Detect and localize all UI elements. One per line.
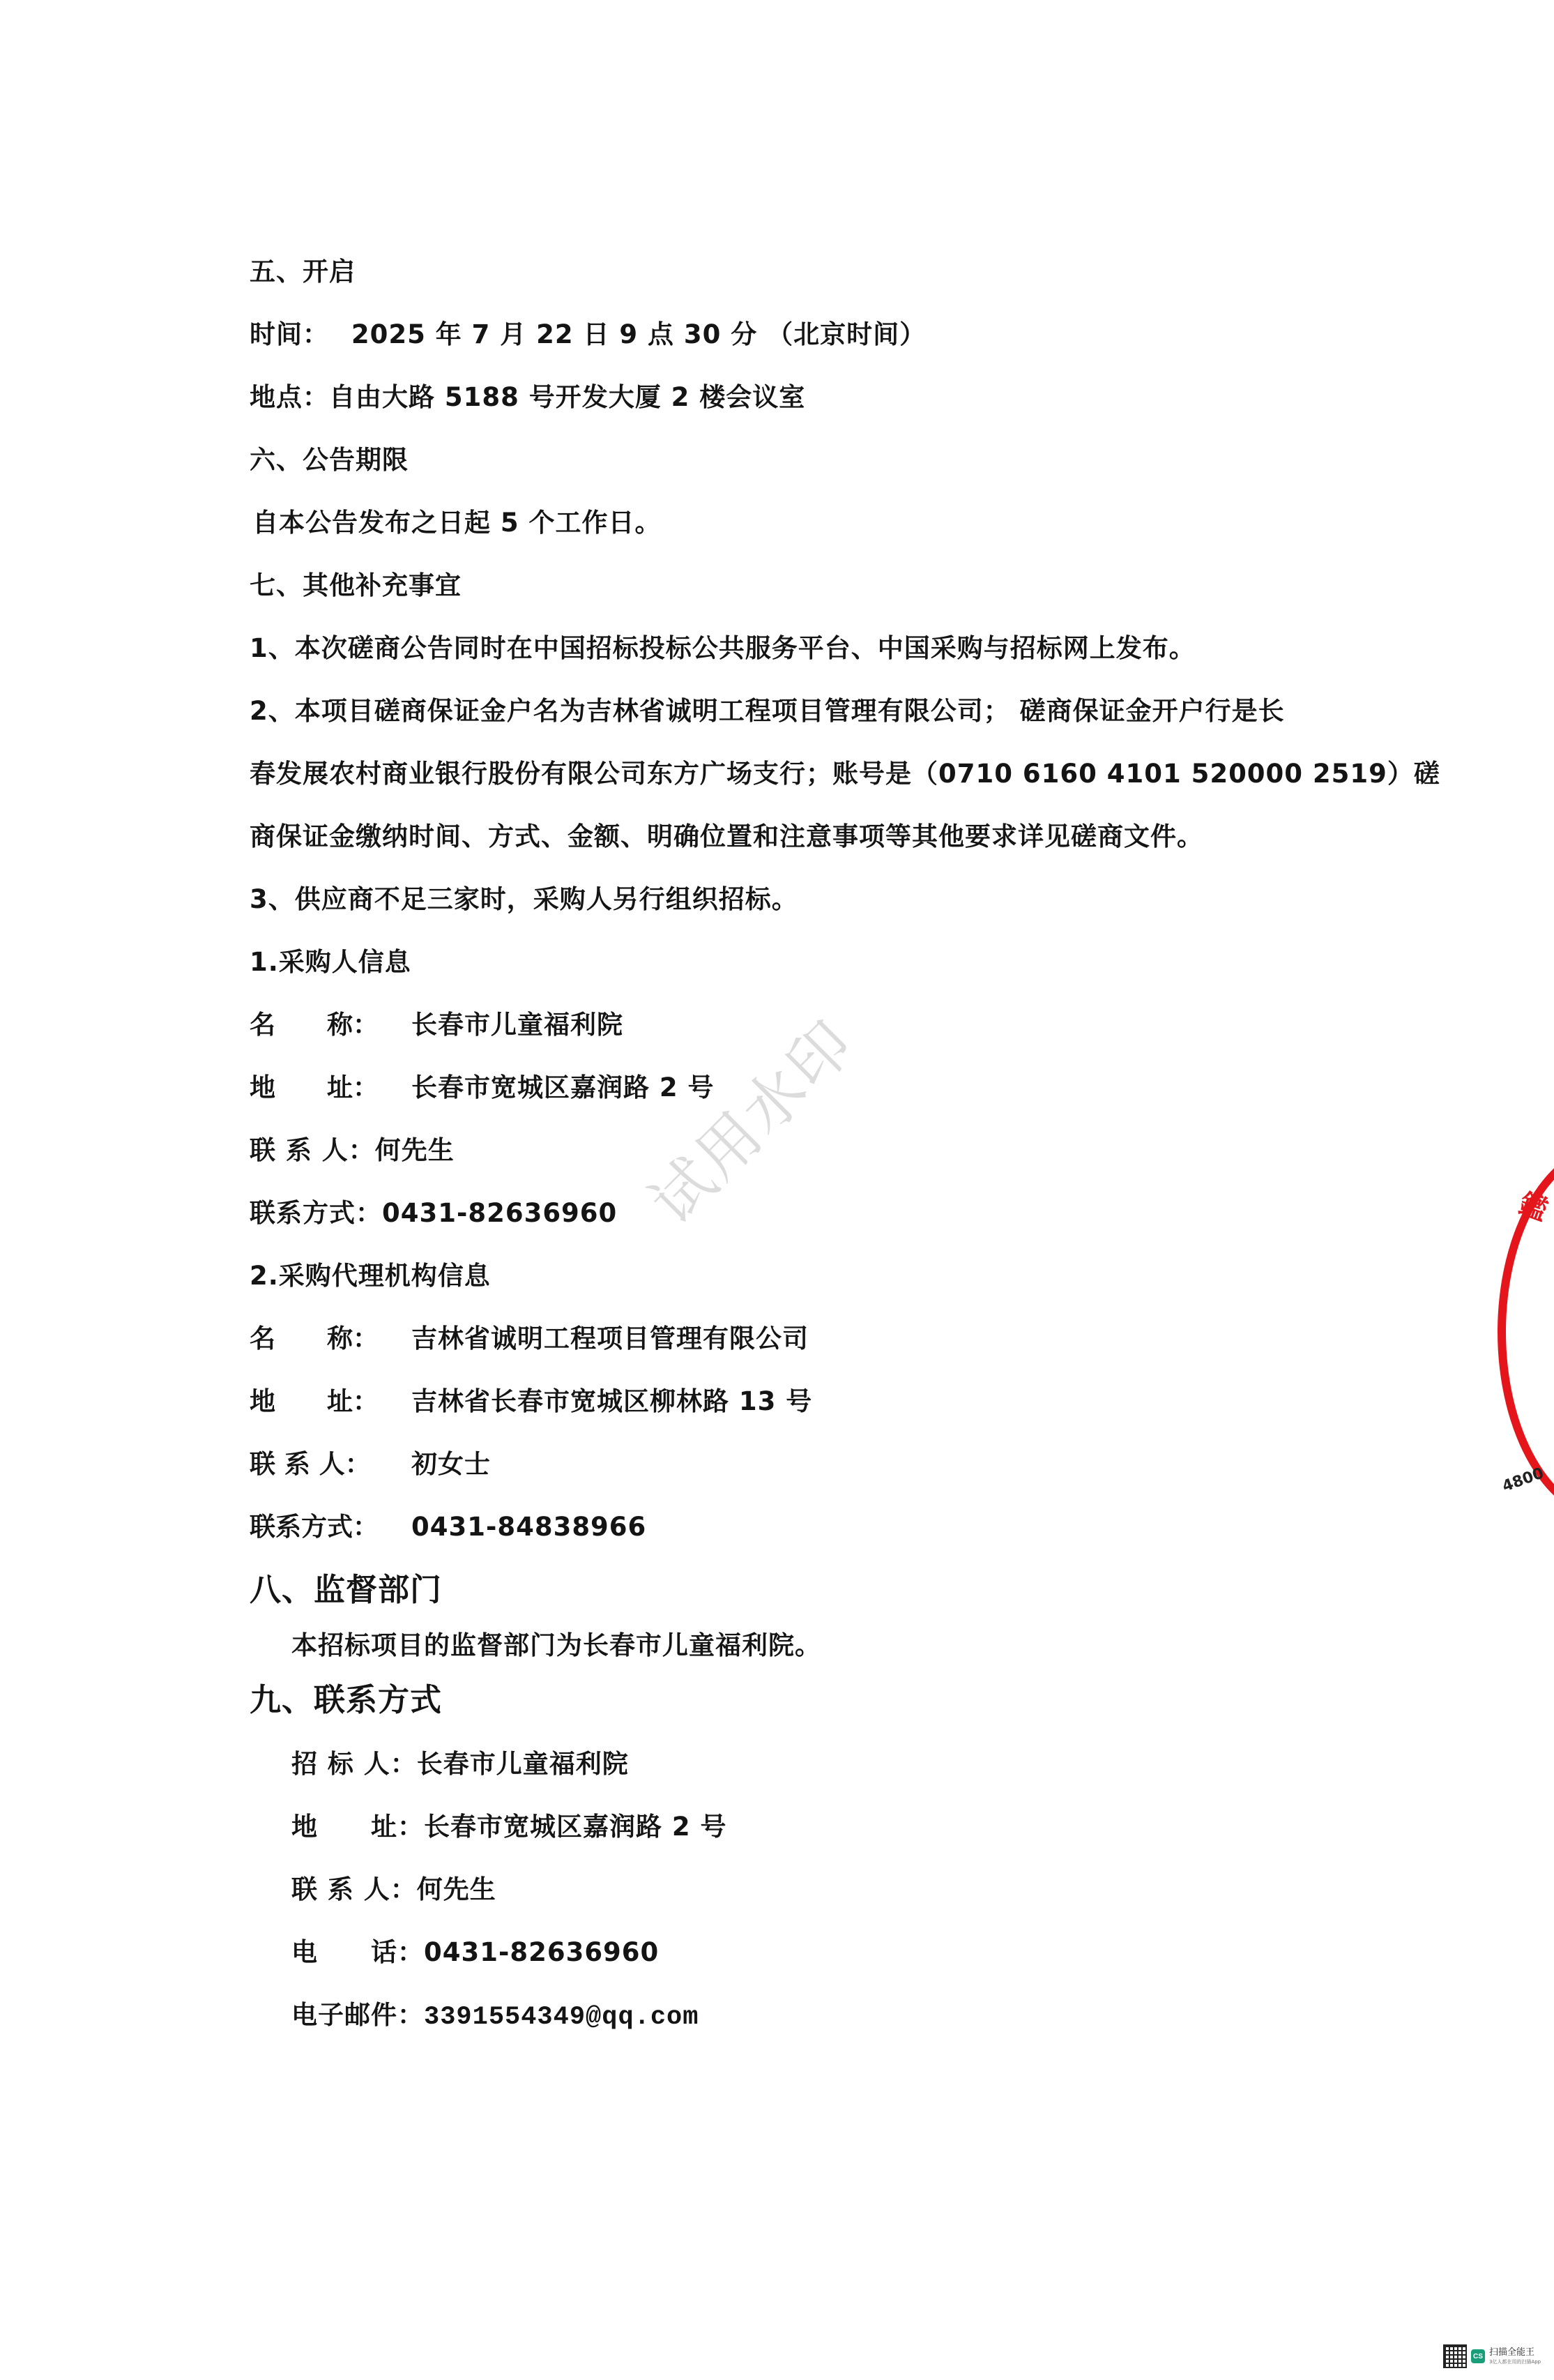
scanner-app-badge: CS 扫描全能王 3亿人都在用的扫描App [1443, 2340, 1554, 2373]
tenderer-phone-value: 0431-82636960 [424, 1937, 659, 1967]
section-7-heading: 七、其他补充事宜 [250, 569, 462, 602]
tenderer-address-label: 地 址： [291, 1812, 424, 1842]
purchaser-name-value: 长春市儿童福利院 [411, 1010, 623, 1040]
camscanner-logo-icon: CS [1471, 2349, 1485, 2363]
purchaser-address-value: 长春市宽城区嘉润路 2 号 [411, 1072, 715, 1102]
agency-contact-label: 联 系 人： [250, 1448, 411, 1481]
agency-contact-row: 联 系 人：初女士 [250, 1448, 491, 1481]
agency-contact-value: 初女士 [411, 1449, 491, 1479]
purchaser-phone-value: 0431-82636960 [382, 1198, 617, 1228]
open-place-label: 地点： [250, 382, 329, 412]
supplement-item-2-line-2: 春发展农村商业银行股份有限公司东方广场支行；账号是（0710 6160 4101… [250, 757, 1440, 791]
purchaser-contact-label: 联 系 人： [250, 1135, 375, 1165]
tenderer-address-value: 长春市宽城区嘉润路 2 号 [424, 1812, 727, 1842]
tenderer-address-row: 地 址：长春市宽城区嘉润路 2 号 [291, 1810, 727, 1844]
agency-address-label: 地 址： [250, 1385, 411, 1418]
section-5-heading: 五、开启 [250, 255, 356, 289]
seal-number: 4800 [1500, 1464, 1546, 1495]
red-seal-stamp: 鑑 4800 [1492, 1144, 1554, 1520]
open-time-line: 时间： 2025 年 7 月 22 日 9 点 30 分 （北京时间） [250, 318, 926, 351]
trial-watermark: 试用水印 [627, 997, 871, 1241]
agency-address-row: 地 址：吉林省长春市宽城区柳林路 13 号 [250, 1385, 812, 1418]
tenderer-email-value: 3391554349@qq.com [424, 2003, 699, 2032]
tenderer-email-row: 电子邮件：3391554349@qq.com [291, 1999, 699, 2034]
scanner-app-name: 扫描全能王 [1489, 2347, 1541, 2358]
document-page: 五、开启 时间： 2025 年 7 月 22 日 9 点 30 分 （北京时间）… [0, 0, 1554, 2380]
open-place-value: 自由大路 5188 号开发大厦 2 楼会议室 [329, 382, 805, 412]
agency-name-row: 名 称：吉林省诚明工程项目管理有限公司 [250, 1322, 809, 1356]
section-8-heading: 八、监督部门 [250, 1570, 442, 1609]
purchaser-info-heading: 1.采购人信息 [250, 946, 411, 979]
tenderer-contact-label: 联 系 人： [291, 1874, 417, 1904]
agency-phone-value: 0431-84838966 [411, 1512, 646, 1542]
tenderer-phone-label: 电 话： [291, 1937, 424, 1967]
agency-address-value: 吉林省长春市宽城区柳林路 13 号 [411, 1386, 812, 1416]
purchaser-phone-row: 联系方式：0431-82636960 [250, 1197, 617, 1230]
purchaser-contact-row: 联 系 人：何先生 [250, 1134, 455, 1167]
tenderer-row: 招 标 人：长春市儿童福利院 [291, 1748, 629, 1781]
supervision-statement: 本招标项目的监督部门为长春市儿童福利院。 [291, 1629, 821, 1662]
purchaser-address-label: 地 址： [250, 1071, 411, 1105]
qr-code-icon [1443, 2344, 1467, 2368]
tenderer-label: 招 标 人： [291, 1749, 417, 1779]
tenderer-contact-row: 联 系 人：何先生 [291, 1873, 496, 1907]
purchaser-name-label: 名 称： [250, 1008, 411, 1042]
purchaser-phone-label: 联系方式： [250, 1198, 382, 1228]
announcement-period: 自本公告发布之日起 5 个工作日。 [252, 506, 662, 540]
supplement-item-1: 1、本次磋商公告同时在中国招标投标公共服务平台、中国采购与招标网上发布。 [250, 632, 1196, 665]
supplement-item-2-line-3: 商保证金缴纳时间、方式、金额、明确位置和注意事项等其他要求详见磋商文件。 [250, 820, 1203, 854]
purchaser-name-row: 名 称：长春市儿童福利院 [250, 1008, 623, 1042]
scanner-app-slogan: 3亿人都在用的扫描App [1489, 2358, 1541, 2365]
section-6-heading: 六、公告期限 [250, 444, 409, 477]
agency-name-value: 吉林省诚明工程项目管理有限公司 [411, 1324, 809, 1354]
purchaser-contact-value: 何先生 [375, 1135, 455, 1165]
agency-info-heading: 2.采购代理机构信息 [250, 1259, 491, 1293]
open-time-value: 2025 年 7 月 22 日 9 点 30 分 （北京时间） [351, 319, 926, 349]
agency-phone-row: 联系方式：0431-84838966 [250, 1510, 646, 1544]
agency-phone-label: 联系方式： [250, 1510, 411, 1544]
supplement-item-2-line-1: 2、本项目磋商保证金户名为吉林省诚明工程项目管理有限公司； 磋商保证金开户行是长 [250, 695, 1285, 728]
open-place-line: 地点：自由大路 5188 号开发大厦 2 楼会议室 [250, 381, 805, 414]
section-9-heading: 九、联系方式 [250, 1681, 442, 1720]
purchaser-address-row: 地 址：长春市宽城区嘉润路 2 号 [250, 1071, 715, 1105]
tenderer-value: 长春市儿童福利院 [417, 1749, 629, 1779]
agency-name-label: 名 称： [250, 1322, 411, 1356]
open-time-label: 时间： [250, 319, 329, 349]
tenderer-contact-value: 何先生 [417, 1874, 496, 1904]
supplement-item-3: 3、供应商不足三家时，采购人另行组织招标。 [250, 883, 798, 916]
tenderer-phone-row: 电 话：0431-82636960 [291, 1936, 659, 1969]
tenderer-email-label: 电子邮件： [291, 2000, 424, 2030]
